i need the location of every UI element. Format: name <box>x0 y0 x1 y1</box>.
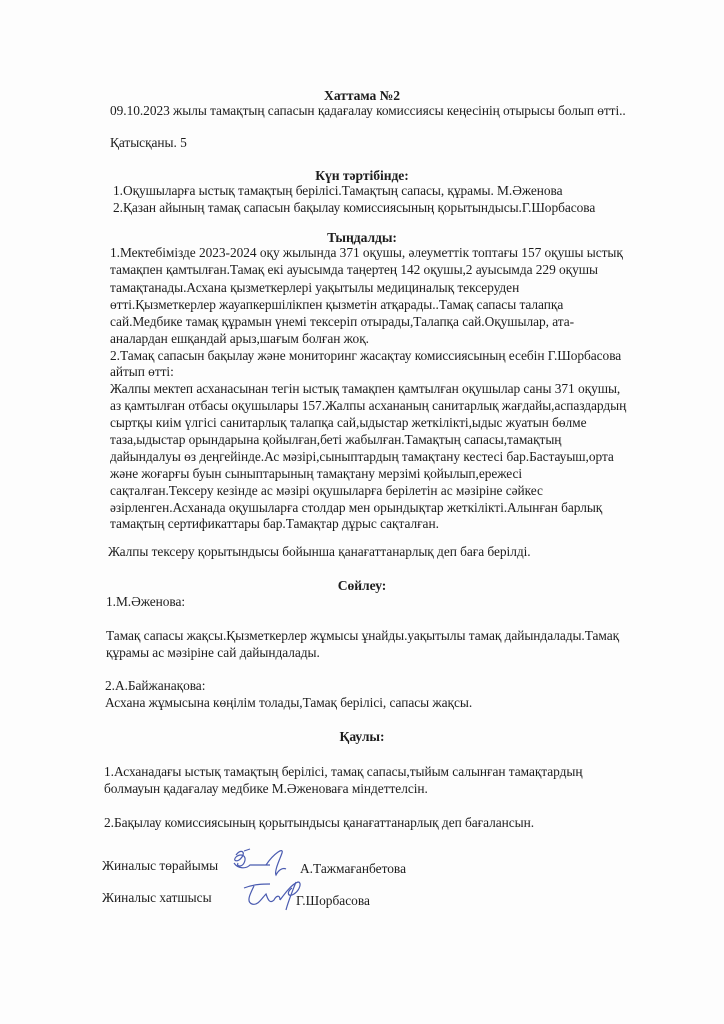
intro-text: 09.10.2023 жылы тамақтың сапасын қадағал… <box>110 103 626 119</box>
speech-line: құрамы ас мәзіріне сай дайындалады. <box>106 645 320 661</box>
heard-line: және жоғарғы буын сыныптарының тамақтану… <box>110 466 522 482</box>
speaker-name: 2.А.Байжанақова: <box>105 678 205 694</box>
heard-line: 1.Мектебімізде 2023-2024 оқу жылында 371… <box>110 245 623 261</box>
heard-line: тамақпен қамтылған.Тамақ екі ауысымда та… <box>110 262 598 278</box>
resolution-line: 2.Бақылау комиссиясының қорытындысы қана… <box>104 815 534 831</box>
agenda-item: 2.Қазан айының тамақ сапасын бақылау ком… <box>113 200 595 216</box>
heard-line: сыртқы киім үлгісі санитарлық талапқа са… <box>110 415 586 431</box>
secretary-role: Жиналыс хатшысы <box>102 890 212 906</box>
resolution-line: болмауын қадағалау медбике М.Әженоваға м… <box>104 781 428 797</box>
heard-line: өтті.Қызметкерлер жауапкершілікпен қызме… <box>110 297 563 313</box>
attendance-text: Қатысқаны. 5 <box>110 135 187 151</box>
agenda-heading: Күн тәртібінде: <box>0 168 724 184</box>
heard-heading: Тыңдалды: <box>0 230 724 246</box>
chair-role: Жиналыс төрайымы <box>102 858 218 874</box>
heard-line: тамақтанады.Асхана қызметкерлері уақытыл… <box>110 280 519 296</box>
speaker-name: 1.М.Әженова: <box>106 594 185 610</box>
heard-line: аз қамтылған отбасы оқушылары 157.Жалпы … <box>110 398 626 414</box>
chair-signature-icon <box>230 847 294 879</box>
speeches-heading: Сөйлеу: <box>0 578 724 594</box>
heard-line: Жалпы мектеп асханасынан тегін ыстық там… <box>110 381 620 397</box>
heard-line: әзірленген.Асханада оқушыларға столдар м… <box>110 500 602 516</box>
agenda-item: 1.Оқушыларға ыстық тамақтың берілісі.Там… <box>113 183 562 199</box>
chair-name: А.Тажмағанбетова <box>300 861 406 877</box>
protocol-page: Хаттама №2 09.10.2023 жылы тамақтың сапа… <box>0 0 724 1024</box>
document-title: Хаттама №2 <box>0 88 724 104</box>
secretary-name: Г.Шорбасова <box>296 893 370 909</box>
resolution-line: 1.Асханадағы ыстық тамақтың берілісі, та… <box>104 764 582 780</box>
resolution-heading: Қаулы: <box>0 729 724 745</box>
heard-line: айтып өтті: <box>110 364 174 380</box>
heard-line: тамақтың сертификаттары бар.Тамақтар дұр… <box>110 516 439 532</box>
heard-line: 2.Тамақ сапасын бақылау және мониторинг … <box>110 348 621 364</box>
heard-conclusion: Жалпы тексеру қорытындысы бойынша қанаға… <box>108 544 531 560</box>
heard-line: таза,ыдыстар орындарына қойылған,беті жа… <box>110 432 561 448</box>
heard-line: дайындалуы өз деңгейінде.Ас мәзірі,сынып… <box>110 449 614 465</box>
heard-line: сай.Медбике тамақ құрамын үнемі тексеріп… <box>110 314 574 330</box>
heard-line: сақталған.Тексеру кезінде ас мәзірі оқуш… <box>110 483 543 499</box>
speech-line: Асхана жұмысына көңілім толады,Тамақ бер… <box>105 695 472 711</box>
speech-line: Тамақ сапасы жақсы.Қызметкерлер жұмысы ұ… <box>106 628 619 644</box>
heard-line: аналардан ешқандай арыз,шағым болған жоқ… <box>110 331 369 347</box>
